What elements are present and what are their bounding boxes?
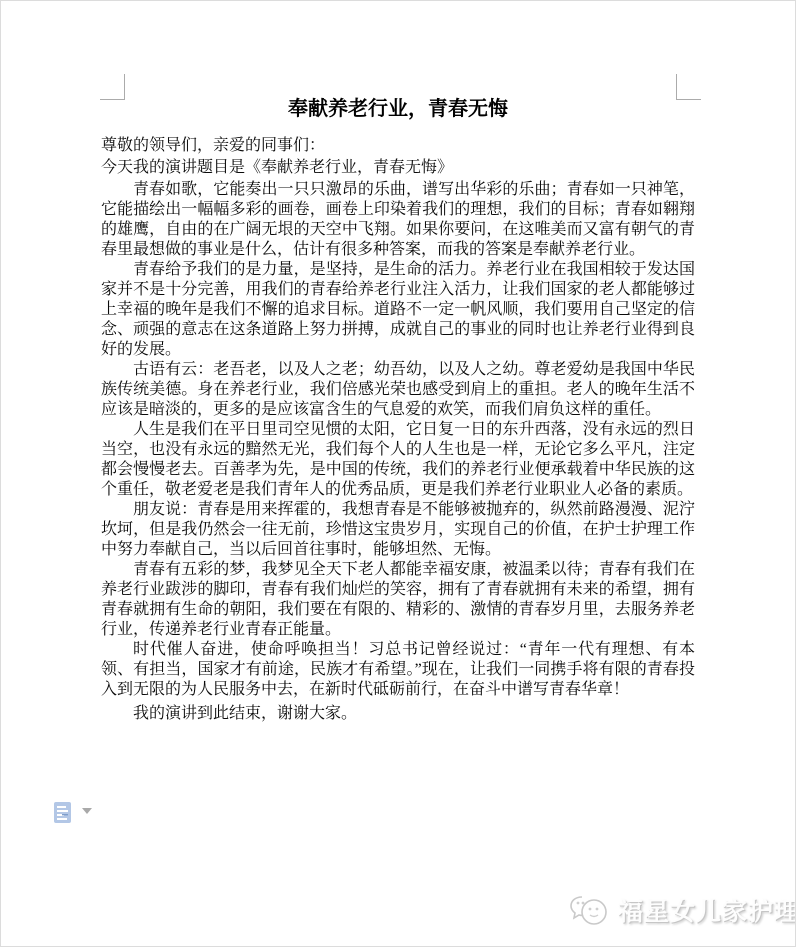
paragraph: 青春给予我们的是力量，是坚持，是生命的活力。养老行业在我国相较于发达国家并不是十… [101,260,695,360]
intro-line: 今天我的演讲题目是《奉献养老行业，青春无悔》 [101,158,695,178]
greeting-line: 尊敬的领导们，亲爱的同事们： [101,136,695,156]
document-body: 尊敬的领导们，亲爱的同事们： 今天我的演讲题目是《奉献养老行业，青春无悔》 青春… [101,136,695,724]
document-text-area: 奉献养老行业，青春无悔 尊敬的领导们，亲爱的同事们： 今天我的演讲题目是《奉献养… [101,95,695,726]
paragraph: 人生是我们在平日里司空见惯的太阳，它日复一日的东升西落，没有永远的烈日当空，也没… [101,420,695,500]
document-icon[interactable] [54,802,71,823]
document-title: 奉献养老行业，青春无悔 [101,95,695,123]
paragraph: 青春有五彩的梦，我梦见全天下老人都能幸福安康，被温柔以待；青春有我们在养老行业跋… [101,560,695,640]
chevron-down-icon[interactable] [82,808,92,814]
nursing-home-logo-icon [568,892,610,928]
document-page: 奉献养老行业，青春无悔 尊敬的领导们，亲爱的同事们： 今天我的演讲题目是《奉献养… [0,0,796,947]
paragraph: 时代催人奋进，使命呼唤担当！习总书记曾经说过：“青年一代有理想、有本领、有担当，… [101,640,695,700]
page-tool-button[interactable] [54,802,92,823]
closing-line: 我的演讲到此结束，谢谢大家。 [101,704,695,724]
watermark-text: 福星女儿家护理院 [618,892,796,928]
paragraph: 青春如歌，它能奏出一只只激昂的乐曲，谱写出华彩的乐曲；青春如一只神笔，它能描绘出… [101,180,695,260]
watermark: 福星女儿家护理院 [568,892,796,928]
paragraph: 古语有云：老吾老，以及人之老；幼吾幼，以及人之幼。尊老爱幼是我国中华民族传统美德… [101,360,695,420]
paragraph: 朋友说：青春是用来挥霍的，我想青春是不能够被抛弃的，纵然前路漫漫、泥泞坎坷，但是… [101,500,695,560]
